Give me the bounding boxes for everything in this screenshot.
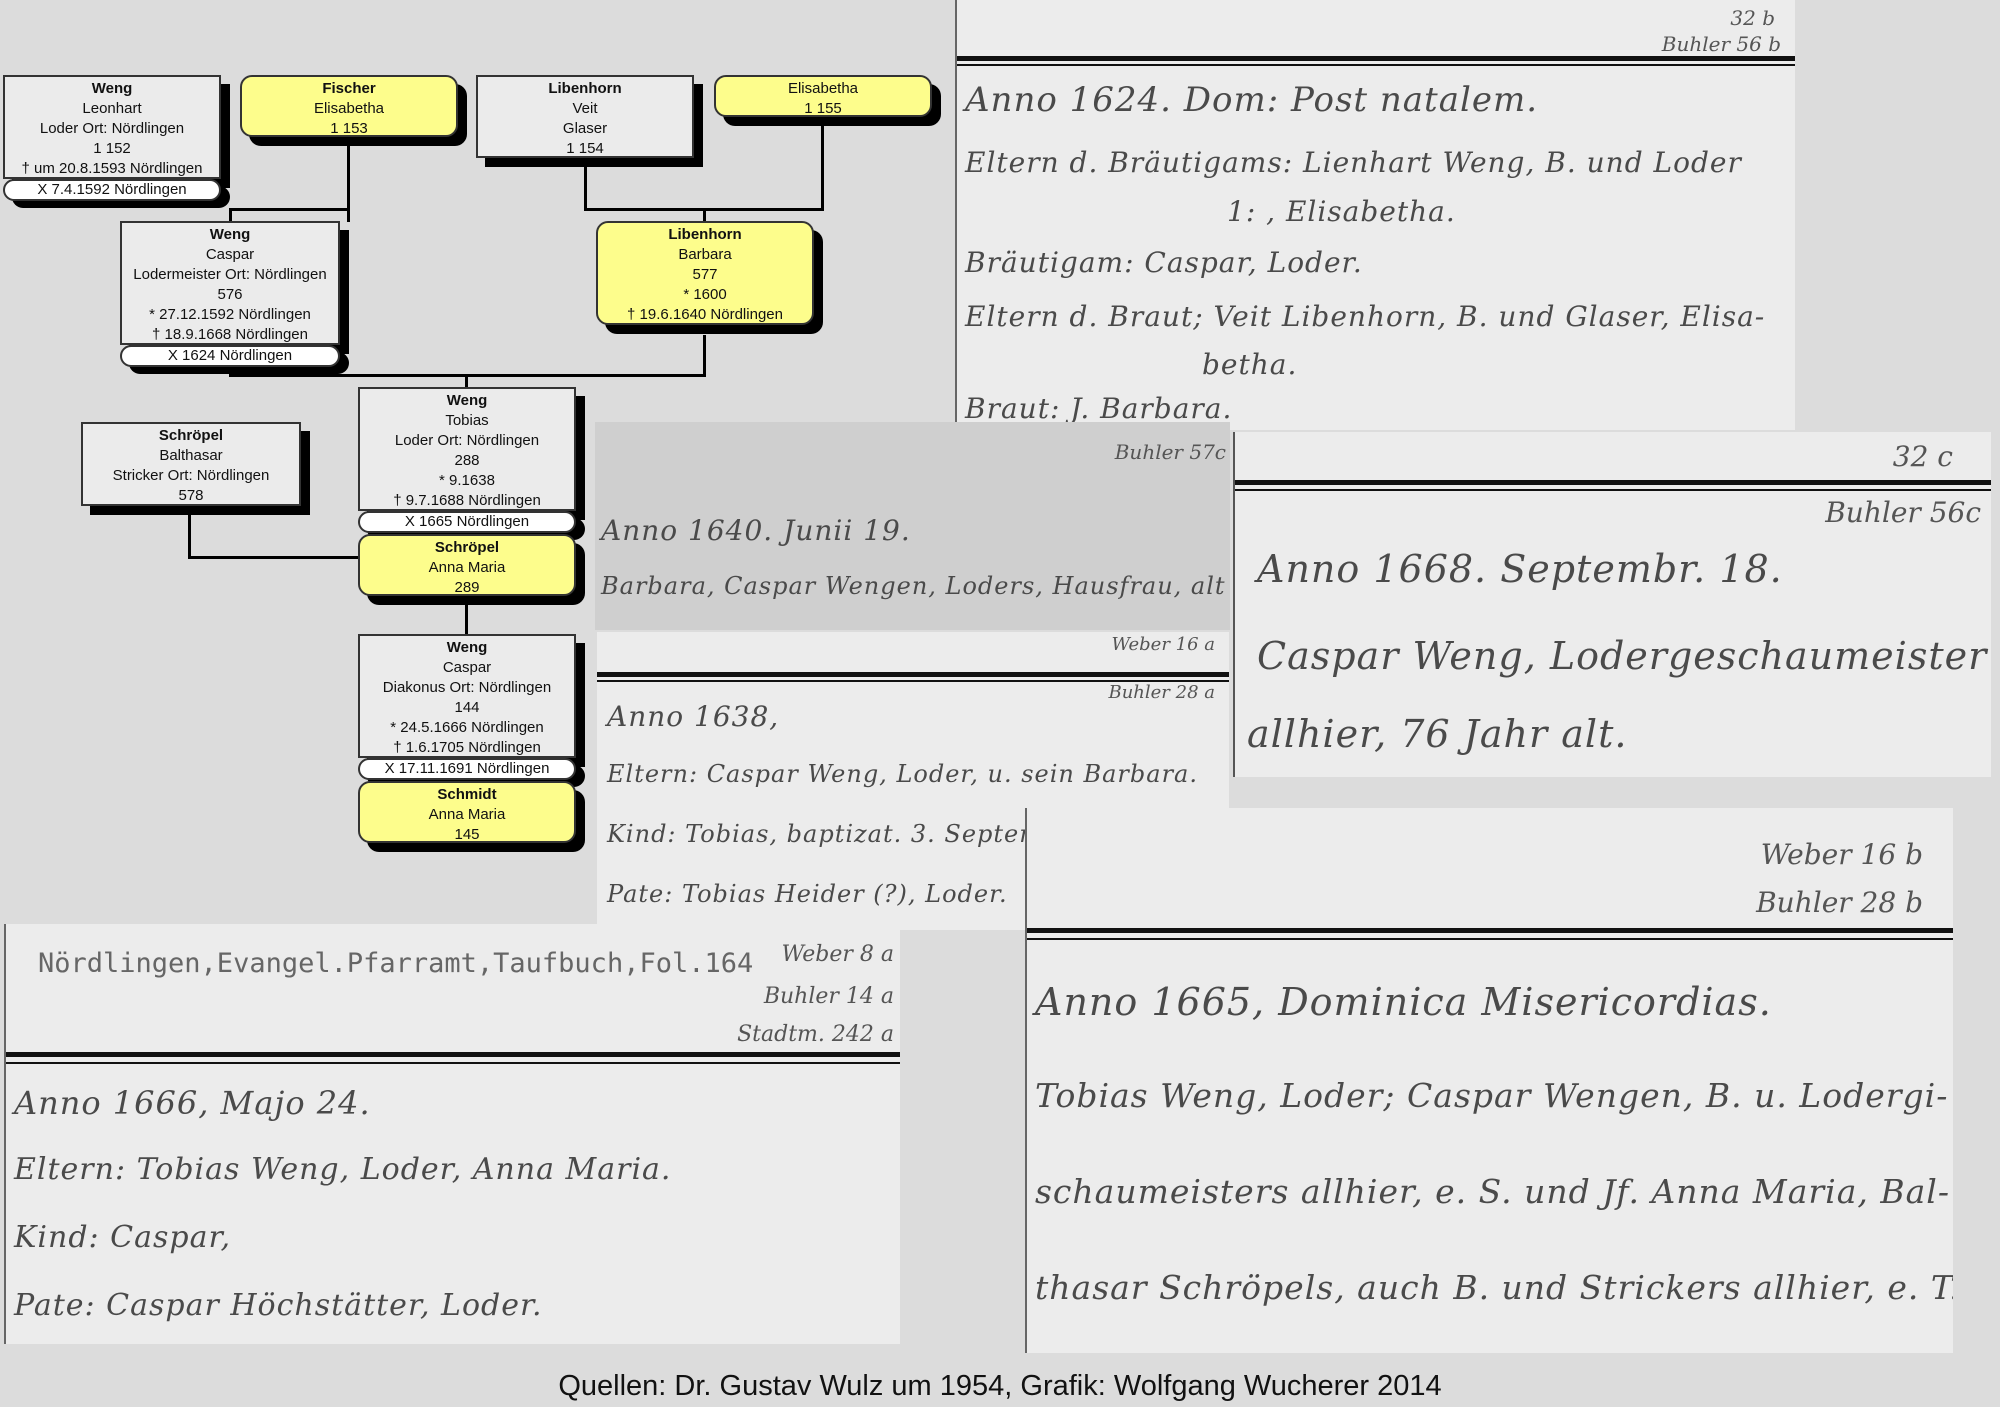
surname: Weng [360,638,574,658]
given-name: Leonhart [5,99,219,119]
document-ref: Buhler 56c [1825,496,1981,529]
person-box-balthasar-schroepel[interactable]: Schröpel Balthasar Stricker Ort: Nördlin… [81,422,301,506]
ruled-line [597,672,1229,677]
person-number: 144 [360,698,574,718]
person-number: 145 [360,825,574,845]
person-number: 578 [83,486,299,506]
connector [347,130,350,211]
ruled-line [1235,489,1991,491]
handwritten-line: Anno 1624. Dom: Post natalem. [965,80,1538,120]
person-number: 576 [122,285,338,305]
handwritten-line: Kind: Caspar, [14,1220,231,1255]
document-ref: Buhler 14 a [764,984,894,1009]
handwritten-line: Anno 1638, [607,700,779,733]
document-ref: Weber 16 b [1761,838,1923,871]
occupation: Loder Ort: Nördlingen [5,119,219,139]
document-ref: Buhler 56 b [1662,32,1781,56]
document-ref: Weber 16 a [1111,634,1215,655]
given-name: Caspar [360,658,574,678]
connector [703,335,706,377]
connector [229,208,232,222]
person-box-tobias-weng[interactable]: Weng Tobias Loder Ort: Nördlingen 288 * … [358,387,576,511]
surname: Weng [5,79,219,99]
handwritten-line: Pate: Caspar Höchstätter, Loder. [14,1288,543,1323]
handwritten-line: Bräutigam: Caspar, Loder. [965,246,1363,279]
given-name: Elisabetha [716,79,930,99]
handwritten-line: Braut: J. Barbara. [965,392,1232,425]
handwritten-line: Anno 1640. Junii 19. [601,514,911,547]
death-date: † 1.6.1705 Nördlingen [360,738,574,758]
connector [584,160,587,211]
marriage-label: X 1624 Nördlingen [120,345,340,367]
surname: Schmidt [360,785,574,805]
given-name: Anna Maria [360,558,574,578]
birth-date: * 24.5.1666 Nördlingen [360,718,574,738]
person-box-anna-maria-schroepel[interactable]: Schröpel Anna Maria 289 [358,534,576,596]
given-name: Barbara [598,245,812,265]
person-box-veit-libenhorn[interactable]: Libenhorn Veit Glaser 1 154 [476,75,694,158]
occupation: Loder Ort: Nördlingen [360,431,574,451]
ruled-line [1235,480,1991,485]
marriage-label: X 17.11.1691 Nördlingen [358,758,576,780]
person-box-caspar-weng-144[interactable]: Weng Caspar Diakonus Ort: Nördlingen 144… [358,634,576,758]
given-name: Veit [478,99,692,119]
ruled-line [6,1052,900,1057]
source-caption: Quellen: Dr. Gustav Wulz um 1954, Grafik… [0,1370,2000,1403]
person-number: 1 153 [242,119,456,139]
ruled-line [1027,938,1953,940]
connector [465,602,468,636]
death-date: † 18.9.1668 Nördlingen [122,325,338,345]
handwritten-line: Pate: Tobias Heider (?), Loder. [607,880,1008,908]
connector [465,374,468,388]
ruled-line [957,64,1795,66]
document-ref: Weber 8 a [781,942,894,967]
person-number: 289 [360,578,574,598]
handwritten-line: allhier, 76 Jahr alt. [1247,712,1627,756]
handwritten-line: Eltern: Tobias Weng, Loder, Anna Maria. [14,1152,671,1187]
ruled-line [957,56,1795,61]
document-ref: Stadtm. 242 a [737,1022,894,1047]
handwritten-line: schaumeisters allhier, e. S. und Jf. Ann… [1035,1172,1950,1211]
birth-date: * 27.12.1592 Nördlingen [122,305,338,325]
birth-date: * 9.1638 [360,471,574,491]
person-box-anna-maria-schmidt[interactable]: Schmidt Anna Maria 145 [358,781,576,843]
given-name: Caspar [122,245,338,265]
handwritten-line: Eltern d. Bräutigams: Lienhart Weng, B. … [965,146,1742,179]
handwritten-line: Kind: Tobias, baptizat. 3. Septemb. [607,820,1068,848]
ruled-line [1027,928,1953,933]
given-name: Tobias [360,411,574,431]
handwritten-line: 1: , Elisabetha. [1227,195,1456,228]
given-name: Elisabetha [242,99,456,119]
surname: Schröpel [83,426,299,446]
death-date: † 19.6.1640 Nördlingen [598,305,812,325]
person-number: 1 154 [478,139,692,159]
document-ref: Buhler 57c [1115,440,1226,464]
document-death-1640: Buhler 57c Anno 1640. Junii 19. Barbara,… [595,422,1230,630]
handwritten-line: betha. [1202,348,1297,381]
document-baptism-1666: Nördlingen,Evangel.Pfarramt,Taufbuch,Fol… [4,924,900,1344]
connector [703,208,706,222]
document-ref: Buhler 28 a [1108,682,1215,703]
marriage-label: X 7.4.1592 Nördlingen [3,179,221,201]
connector [229,208,349,211]
person-box-caspar-weng-576[interactable]: Weng Caspar Lodermeister Ort: Nördlingen… [120,221,340,345]
surname: Libenhorn [478,79,692,99]
given-name: Anna Maria [360,805,574,825]
handwritten-line: Caspar Weng, Lodergeschaumeister [1257,634,1987,678]
document-death-1668: 32 c Buhler 56c Anno 1668. Septembr. 18.… [1233,432,1991,777]
surname: Fischer [242,79,456,99]
person-number: 1 152 [5,139,219,159]
handwritten-line: thasar Schröpels, auch B. und Strickers … [1035,1268,1953,1307]
archive-header: Nördlingen,Evangel.Pfarramt,Taufbuch,Fol… [38,948,753,979]
person-box-barbara-libenhorn[interactable]: Libenhorn Barbara 577 * 1600 † 19.6.1640… [596,221,814,325]
person-number: 288 [360,451,574,471]
birth-date: * 1600 [598,285,812,305]
occupation: Diakonus Ort: Nördlingen [360,678,574,698]
handwritten-line: Barbara, Caspar Wengen, Loders, Hausfrau… [601,572,1230,600]
surname: Schröpel [360,538,574,558]
death-date: † 9.7.1688 Nördlingen [360,491,574,511]
occupation: Glaser [478,119,692,139]
document-marriage-1624: 32 b Buhler 56 b Anno 1624. Dom: Post na… [955,0,1795,430]
person-number: 1 155 [716,99,930,119]
surname: Weng [122,225,338,245]
handwritten-line: Eltern d. Braut; Veit Libenhorn, B. und … [965,300,1765,333]
connector [188,505,191,558]
handwritten-line: Anno 1665, Dominica Misericordias. [1035,980,1772,1024]
document-marriage-1665: Weber 16 b Buhler 28 b Anno 1665, Domini… [1025,808,1953,1353]
ruled-line [6,1062,900,1064]
person-box-elisabetha-fischer[interactable]: Fischer Elisabetha 1 153 [240,75,458,137]
person-box-leonhart-weng[interactable]: Weng Leonhart Loder Ort: Nördlingen 1 15… [3,75,221,179]
handwritten-line: Eltern: Caspar Weng, Loder, u. sein Barb… [607,760,1198,788]
handwritten-line: Anno 1668. Septembr. 18. [1257,547,1783,591]
occupation: Stricker Ort: Nördlingen [83,466,299,486]
handwritten-line: Anno 1666, Majo 24. [14,1084,371,1122]
occupation: Lodermeister Ort: Nördlingen [122,265,338,285]
given-name: Balthasar [83,446,299,466]
surname: Libenhorn [598,225,812,245]
surname: Weng [360,391,574,411]
document-ref: 32 b [1730,6,1775,30]
person-number: 577 [598,265,812,285]
connector [188,556,358,559]
document-ref: 32 c [1893,440,1953,473]
handwritten-line: Tobias Weng, Loder; Caspar Wengen, B. u.… [1035,1076,1948,1115]
document-ref: Buhler 28 b [1756,886,1923,919]
person-box-elisabetha[interactable]: Elisabetha 1 155 [714,75,932,117]
connector [821,118,824,211]
death-date: † um 20.8.1593 Nördlingen [5,159,219,179]
marriage-label: X 1665 Nördlingen [358,511,576,533]
